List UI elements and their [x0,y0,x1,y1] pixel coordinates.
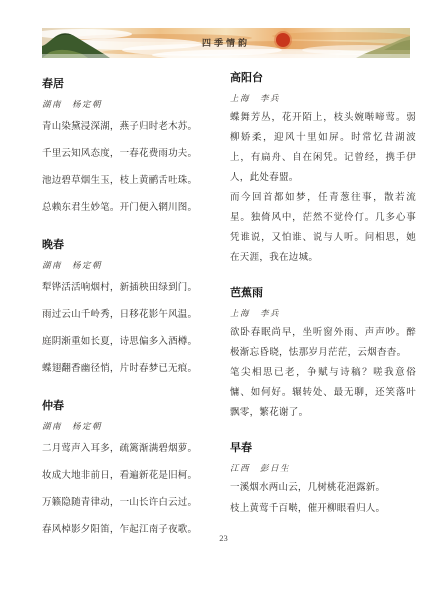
poem-title: 春居 [42,78,220,90]
poem-title: 早春 [230,442,416,454]
stanza: 笔尖相思已老，争赋与诗稿？嗟我意俗慵、如何好。辗转处、最无聊，还笑落叶飘零，繁花… [230,363,416,423]
verse-line: 青山染黛浸深湖，燕子归时老木苏。 [42,114,220,141]
verse-line: 庭阴渐重如长夏，诗思偏多入酒樽。 [42,329,220,356]
poem-title: 仲春 [42,400,220,412]
poem-wanchun: 晚春 湖南 杨定朝 犁铧活活响烟村，新插秧田绿到门。 雨过云山千岭秀，日移花影午… [42,239,220,383]
verse-line: 蝶翅翻香幽径悄，片时春梦已无痕。 [42,356,220,383]
stanza: 蝶舞芳丛，花开陌上，枝头婉啭啼莺。弱柳娇柔，迎风十里如屏。时常忆昔湖波上，有扁舟… [230,108,416,188]
verse-line: 雨过云山千岭秀，日移花影午风温。 [42,302,220,329]
verse-line: 妆成大地非前日，看遍新花是旧柯。 [42,463,220,490]
poem-author: 上海 李兵 [230,93,416,103]
verse-line: 池边碧草烟生玉，枝上黄鹂舌吐珠。 [42,168,220,195]
verse-line: 总赖东君生妙笔。开门便入辋川图。 [42,195,220,222]
verse-line: 二月莺声入耳多，疏篱渐满碧烟萝。 [42,436,220,463]
poem-title: 芭蕉雨 [230,287,416,299]
poem-author: 湖南 杨定朝 [42,99,220,109]
left-column: 春居 湖南 杨定朝 青山染黛浸深湖，燕子归时老木苏。 千里云知风态度，一春花费雨… [42,78,220,561]
verse-line: 枝上黄莺千百啭，催开柳眼看归人。 [230,499,416,520]
page-number: 23 [0,533,447,543]
header-banner: 四季情韵 [42,28,410,58]
stanza: 而今回首都如梦，任青葱往事，散若流星。独倚风中，茫然不觉伶仃。几多心事凭谁说，又… [230,188,416,268]
verse-line: 千里云知风态度，一春花费雨功夫。 [42,141,220,168]
poem-gaoyangtai: 高阳台 上海 李兵 蝶舞芳丛，花开陌上，枝头婉啭啼莺。弱柳娇柔，迎风十里如屏。时… [230,72,416,268]
verse-line: 一溪烟水两山云，几树桃花浥露新。 [230,478,416,499]
poem-chunju: 春居 湖南 杨定朝 青山染黛浸深湖，燕子归时老木苏。 千里云知风态度，一春花费雨… [42,78,220,222]
stanza: 欲卧春眠尚早，坐听窗外雨、声声吵。醉极渐忘昏晓，怯那岁月茫茫，云烟杳杳。 [230,323,416,363]
poem-author: 上海 李兵 [230,308,416,318]
poem-zhongchun: 仲春 湖南 杨定朝 二月莺声入耳多，疏篱渐满碧烟萝。 妆成大地非前日，看遍新花是… [42,400,220,544]
poem-title: 晚春 [42,239,220,251]
poem-author: 湖南 杨定朝 [42,260,220,270]
poem-title: 高阳台 [230,72,416,84]
poem-zaochun: 早春 江西 彭日生 一溪烟水两山云，几树桃花浥露新。 枝上黄莺千百啭，催开柳眼看… [230,442,416,520]
verse-line: 万籁隐随青律动，一山长许白云过。 [42,490,220,517]
poem-author: 湖南 杨定朝 [42,421,220,431]
verse-line: 犁铧活活响烟村，新插秧田绿到门。 [42,275,220,302]
right-column: 高阳台 上海 李兵 蝶舞芳丛，花开陌上，枝头婉啭啼莺。弱柳娇柔，迎风十里如屏。时… [230,72,416,539]
poem-author: 江西 彭日生 [230,463,416,473]
banner-title: 四季情韵 [42,36,410,49]
poem-bajiaoyu: 芭蕉雨 上海 李兵 欲卧春眠尚早，坐听窗外雨、声声吵。醉极渐忘昏晓，怯那岁月茫茫… [230,287,416,423]
book-page: 四季情韵 春居 湖南 杨定朝 青山染黛浸深湖，燕子归时老木苏。 千里云知风态度，… [0,0,447,600]
